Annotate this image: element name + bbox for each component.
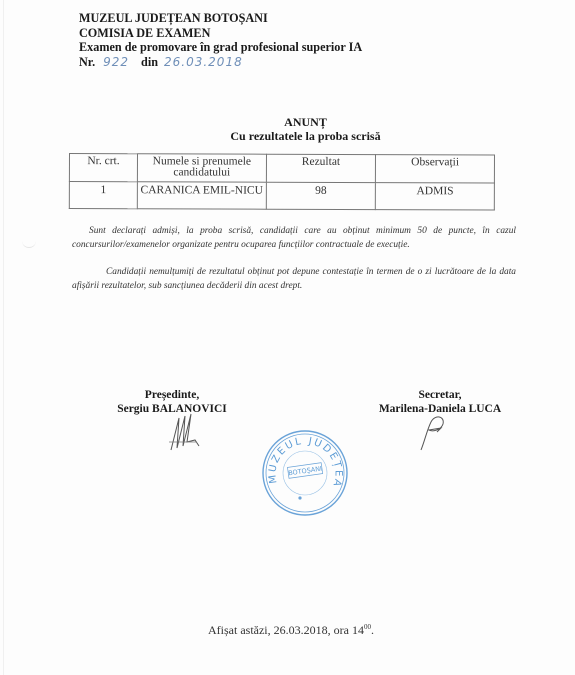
date-value: 26.03.2018: [164, 55, 243, 69]
exam-name: Examen de promovare în grad profesional …: [79, 40, 362, 55]
secretary-signature-icon: [415, 412, 451, 454]
nr-label: Nr.: [79, 55, 95, 69]
posting-time-minutes: 00: [364, 623, 371, 631]
header-candidate-name: Numele si prenumele candidatului: [137, 154, 266, 182]
cell-observations: ADMIS: [376, 183, 495, 210]
scan-edge-line: [3, 0, 4, 675]
table-header-row: Nr. crt. Numele si prenumele candidatulu…: [69, 154, 494, 183]
president-signature-icon: [165, 412, 205, 454]
posting-date-text: Afișat astăzi, 26.03.2018, ora 14: [208, 623, 364, 637]
admission-criteria-paragraph: Sunt declarați admiși, la proba scrisă, …: [72, 225, 516, 252]
title-subtitle: Cu rezultatele la proba scrisă: [36, 129, 575, 143]
cell-result: 98: [266, 182, 376, 209]
header-nr-crt: Nr. crt.: [69, 154, 137, 182]
registration-line: Nr.922din26.03.2018: [79, 55, 362, 70]
secretary-role: Secretar,: [370, 388, 510, 402]
announcement-title: ANUNȚ Cu rezultatele la proba scrisă: [0, 115, 575, 143]
institution-name: MUZEUL JUDEȚEAN BOTOȘANI: [79, 11, 362, 26]
header-observations: Observații: [376, 155, 495, 183]
cell-candidate-name: CARANICA EMIL-NICU: [137, 182, 266, 209]
results-table: Nr. crt. Numele si prenumele candidatulu…: [69, 153, 495, 210]
contestation-paragraph: Candidații nemulțumiți de rezultatul obț…: [72, 266, 516, 293]
scan-punch-hole-mark: [22, 237, 36, 248]
din-label: din: [141, 55, 158, 69]
header-result: Rezultat: [266, 154, 376, 182]
document-page: MUZEUL JUDEȚEAN BOTOȘANI COMISIA DE EXAM…: [0, 0, 575, 675]
table-row: 1 CARANICA EMIL-NICU 98 ADMIS: [69, 182, 494, 210]
posting-date-line: Afișat astăzi, 26.03.2018, ora 1400.: [208, 623, 374, 638]
cell-nr-crt: 1: [69, 182, 137, 209]
commission-name: COMISIA DE EXAMEN: [79, 26, 362, 41]
document-header: MUZEUL JUDEȚEAN BOTOȘANI COMISIA DE EXAM…: [79, 11, 362, 69]
president-role: Președinte,: [102, 388, 242, 402]
title-main: ANUNȚ: [36, 115, 575, 129]
institution-stamp-icon: MUZEUL JUDEȚEAN BOTOȘANI: [260, 428, 350, 518]
stamp-ring-text: MUZEUL JUDEȚEAN: [260, 428, 344, 489]
svg-text:MUZEUL JUDEȚEAN: MUZEUL JUDEȚEAN: [260, 428, 344, 489]
posting-date-suffix: .: [371, 623, 374, 637]
nr-value: 922: [103, 55, 129, 69]
